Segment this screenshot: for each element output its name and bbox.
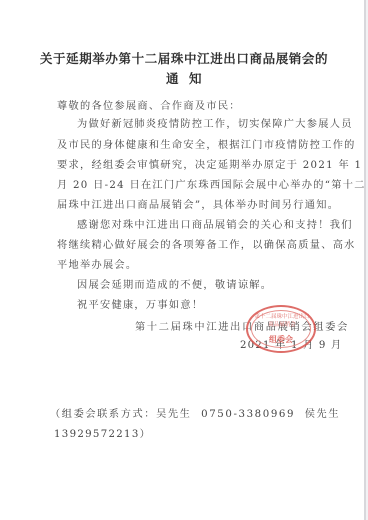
contact-line-1: （组委会联系方式：吴先生 0750-3380969 侯先生 (50, 405, 340, 420)
body-line-3: 要求，经组委会审慎研究，决定延期举办原定于 2021 年 1 (57, 156, 362, 171)
body-line-7: 将继续精心做好展会的各项筹备工作，以确保高质量、高水 (57, 236, 356, 251)
seal-text-bottom: 组委会 (248, 334, 314, 345)
official-seal-stamp: 第十二届珠中江进出口商品展销会 组委会 (246, 305, 316, 353)
body-line-4: 月 20 日-24 日在江门广东珠西国际会展中心举办的“第十二 (57, 176, 366, 191)
contact-line-2: 13929572213） (54, 425, 151, 440)
body-line-9: 因展会延期而造成的不便，敬请谅解。 (77, 276, 272, 291)
seal-text-top: 第十二届珠中江进出口商品展销会 (254, 312, 310, 328)
notice-subtitle: 通 知 (0, 69, 368, 87)
body-line-1: 为做好新冠肺炎疫情防控工作，切实保障广大参展人员 (77, 115, 353, 130)
body-line-5: 届珠中江进出口商品展销会”，具体举办时间另行通知。 (57, 196, 339, 211)
body-line-2: 及市民的身体健康和生命安全，根据江门市疫情防控工作的 (57, 136, 356, 151)
body-line-10: 祝平安健康，万事如意！ (77, 296, 203, 311)
notice-title: 关于延期举办第十二届珠中江进出口商品展销会的 (0, 49, 368, 67)
signature: 第十二届珠中江进出口商品展销会组委会 (135, 318, 349, 333)
body-line-6: 感谢您对珠中江进出口商品展销会的关心和支持！我们 (77, 216, 353, 231)
body-line-8: 平地举办展会。 (57, 256, 137, 271)
salutation: 尊敬的各位参展商、合作商及市民： (57, 97, 241, 112)
